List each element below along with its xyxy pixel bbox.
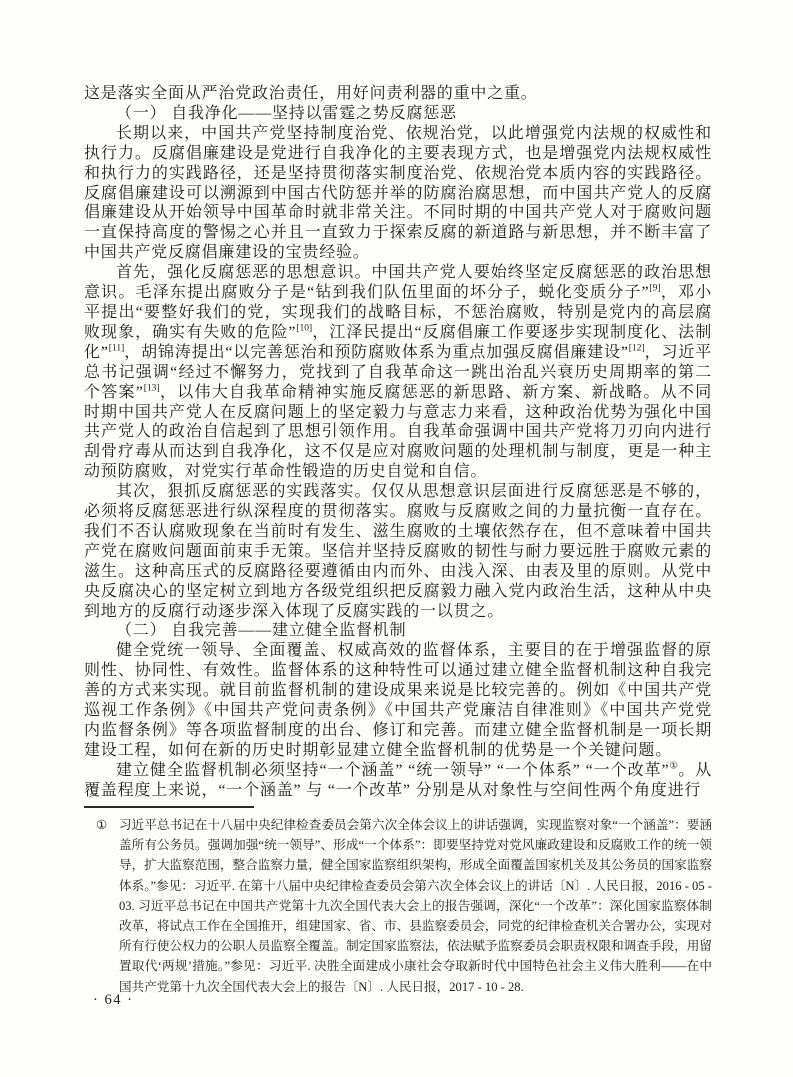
page-number: · 64 · [93,992,133,1009]
footnote-text: 习近平总书记在十八届中央纪律检查委员会第六次全体会议上的讲话强调，实现监察对象“… [119,818,712,994]
paragraph-shouxian: 首先，强化反腐惩恶的思想意识。中国共产党人要始终坚定反腐惩恶的政治思想意识。毛泽… [84,263,712,482]
document-page: 这是落实全面从严治党政治责任，用好问责利器的重中之重。（一） 自我净化——坚持以… [0,0,793,1077]
citation-reference: [9] [649,284,660,294]
citation-reference: ① [669,761,678,771]
citation-reference: [10] [296,324,312,334]
subsection-heading-2: （二） 自我完善——建立健全监督机制 [84,621,712,641]
paragraph-jianli-jianquan: 建立健全监督机制必须坚持“一个涵盖” “统一领导” “一个体系” “一个改革”①… [84,761,712,801]
paragraph-continuation: 这是落实全面从严治党政治责任，用好问责利器的重中之重。 [84,84,712,104]
body-text: 这是落实全面从严治党政治责任，用好问责利器的重中之重。（一） 自我净化——坚持以… [84,84,712,801]
footnote-marker: ① [96,815,107,835]
citation-reference: [12] [629,343,645,353]
citation-reference: [11] [109,343,124,353]
paragraph-changqi-yilai: 长期以来，中国共产党坚持制度治党、依规治党，以此增强党内法规的权威性和执行力。反… [84,124,712,263]
citation-reference: [13] [144,383,160,393]
footnotes-block: ①习近平总书记在十八届中央纪律检查委员会第六次全体会议上的讲话强调，实现监察对象… [84,815,712,997]
footnote-item: ①习近平总书记在十八届中央纪律检查委员会第六次全体会议上的讲话强调，实现监察对象… [84,815,712,997]
subsection-heading-1: （一） 自我净化——坚持以雷霆之势反腐惩恶 [84,104,712,124]
paragraph-qici: 其次，狠抓反腐惩恶的实践落实。仅仅从思想意识层面进行反腐惩恶是不够的，必须将反腐… [84,482,712,621]
footnote-separator-rule [84,806,254,808]
paragraph-jianquan-dang: 健全党统一领导、全面覆盖、权威高效的监督体系，主要目的在于增强监督的原则性、协同… [84,641,712,760]
